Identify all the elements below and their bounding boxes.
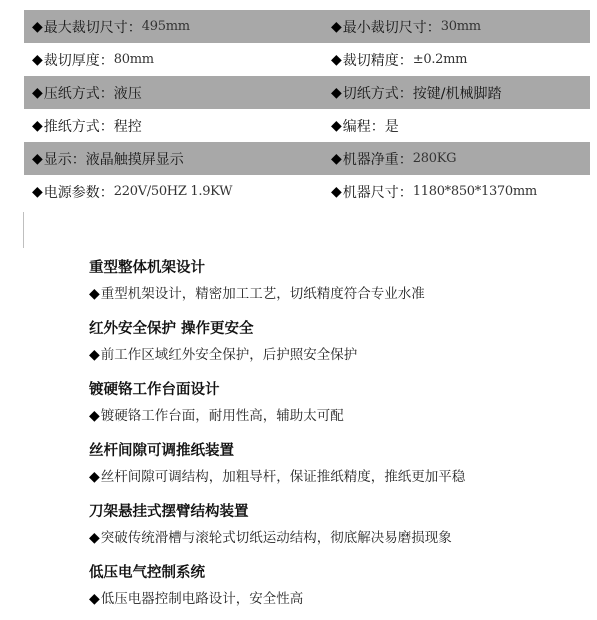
spec-value: 80mm: [114, 52, 154, 67]
spec-cell: ◆显示：液晶触摸屏显示: [24, 149, 331, 169]
diamond-bullet-icon: ◆: [331, 52, 342, 68]
diamond-bullet-icon: ◆: [89, 279, 100, 309]
spec-value: ±0.2mm: [413, 52, 467, 67]
diamond-bullet-icon: ◆: [331, 118, 342, 134]
spec-cell: ◆切纸方式：按键/机械脚踏: [331, 83, 590, 103]
diamond-bullet-icon: ◆: [32, 52, 43, 68]
spec-table: ◆最大裁切尺寸：495mm ◆最小裁切尺寸：30mm ◆裁切厚度：80mm ◆裁…: [24, 10, 590, 208]
spec-value: 液晶触摸屏显示: [86, 149, 184, 169]
feature-desc-text: 低压电器控制电路设计，安全性高: [101, 584, 304, 614]
spec-cell: ◆最小裁切尺寸：30mm: [331, 17, 590, 37]
diamond-bullet-icon: ◆: [331, 19, 342, 35]
spec-label: 裁切厚度：: [44, 50, 114, 70]
feature-title: 镀硬铬工作台面设计: [89, 379, 569, 401]
diamond-bullet-icon: ◆: [32, 184, 43, 200]
feature-item: 镀硬铬工作台面设计 ◆镀硬铬工作台面，耐用性高，辅助太可配: [89, 379, 569, 440]
diamond-bullet-icon: ◆: [331, 85, 342, 101]
spec-value: 是: [385, 116, 399, 136]
spec-row: ◆电源参数：220V/50HZ 1.9KW ◆机器尺寸：1180*850*137…: [24, 175, 590, 208]
feature-desc: ◆重型机架设计，精密加工工艺，切纸精度符合专业水准: [89, 279, 569, 318]
spec-row: ◆压纸方式：液压 ◆切纸方式：按键/机械脚踏: [24, 76, 590, 109]
spec-label: 最小裁切尺寸：: [343, 17, 441, 37]
feature-desc-text: 前工作区域红外安全保护，后护照安全保护: [101, 340, 358, 370]
diamond-bullet-icon: ◆: [32, 85, 43, 101]
spec-row: ◆裁切厚度：80mm ◆裁切精度：±0.2mm: [24, 43, 590, 76]
spec-cell: ◆裁切厚度：80mm: [24, 50, 331, 70]
feature-item: 低压电气控制系统 ◆低压电器控制电路设计，安全性高: [89, 562, 569, 620]
spec-label: 电源参数：: [44, 182, 114, 202]
feature-item: 丝杆间隙可调推纸装置 ◆丝杆间隙可调结构，加粗导杆，保证推纸精度，推纸更加平稳: [89, 440, 569, 501]
diamond-bullet-icon: ◆: [89, 584, 100, 614]
spec-value: 30mm: [441, 19, 481, 34]
diamond-bullet-icon: ◆: [32, 19, 43, 35]
feature-desc: ◆前工作区域红外安全保护，后护照安全保护: [89, 340, 569, 379]
feature-title: 红外安全保护 操作更安全: [89, 318, 569, 340]
spec-value: 液压: [114, 83, 142, 103]
feature-desc-text: 镀硬铬工作台面，耐用性高，辅助太可配: [101, 401, 344, 431]
spec-cell: ◆最大裁切尺寸：495mm: [24, 17, 331, 37]
spec-label: 编程：: [343, 116, 385, 136]
diamond-bullet-icon: ◆: [89, 523, 100, 553]
spec-label: 压纸方式：: [44, 83, 114, 103]
feature-desc: ◆突破传统滑槽与滚轮式切纸运动结构，彻底解决易磨损现象: [89, 523, 569, 562]
diamond-bullet-icon: ◆: [32, 151, 43, 167]
spec-cell: ◆推纸方式：程控: [24, 116, 331, 136]
feature-item: 重型整体机架设计 ◆重型机架设计，精密加工工艺，切纸精度符合专业水准: [89, 257, 569, 318]
spec-value: 280KG: [413, 151, 456, 166]
feature-desc-text: 丝杆间隙可调结构，加粗导杆，保证推纸精度，推纸更加平稳: [101, 462, 466, 492]
spec-cell: ◆裁切精度：±0.2mm: [331, 50, 590, 70]
diamond-bullet-icon: ◆: [89, 340, 100, 370]
feature-title: 低压电气控制系统: [89, 562, 569, 584]
spec-label: 机器净重：: [343, 149, 413, 169]
feature-list: 重型整体机架设计 ◆重型机架设计，精密加工工艺，切纸精度符合专业水准 红外安全保…: [89, 257, 569, 620]
feature-desc: ◆丝杆间隙可调结构，加粗导杆，保证推纸精度，推纸更加平稳: [89, 462, 569, 501]
spec-label: 裁切精度：: [343, 50, 413, 70]
spec-label: 机器尺寸：: [343, 182, 413, 202]
feature-title: 丝杆间隙可调推纸装置: [89, 440, 569, 462]
feature-desc-text: 重型机架设计，精密加工工艺，切纸精度符合专业水准: [101, 279, 425, 309]
diamond-bullet-icon: ◆: [331, 151, 342, 167]
spec-value: 1180*850*1370mm: [413, 184, 537, 199]
spec-value: 220V/50HZ 1.9KW: [114, 184, 232, 199]
spec-label: 推纸方式：: [44, 116, 114, 136]
feature-item: 红外安全保护 操作更安全 ◆前工作区域红外安全保护，后护照安全保护: [89, 318, 569, 379]
spec-row: ◆推纸方式：程控 ◆编程：是: [24, 109, 590, 142]
spec-cell: ◆机器尺寸：1180*850*1370mm: [331, 182, 590, 202]
spec-cell: ◆电源参数：220V/50HZ 1.9KW: [24, 182, 331, 202]
feature-item: 刀架悬挂式摆臂结构装置 ◆突破传统滑槽与滚轮式切纸运动结构，彻底解决易磨损现象: [89, 501, 569, 562]
spec-label: 切纸方式：: [343, 83, 413, 103]
diamond-bullet-icon: ◆: [331, 184, 342, 200]
feature-title: 刀架悬挂式摆臂结构装置: [89, 501, 569, 523]
spec-value: 按键/机械脚踏: [413, 83, 502, 103]
spec-row: ◆最大裁切尺寸：495mm ◆最小裁切尺寸：30mm: [24, 10, 590, 43]
spec-cell: ◆机器净重：280KG: [331, 149, 590, 169]
spec-value: 程控: [114, 116, 142, 136]
feature-desc: ◆镀硬铬工作台面，耐用性高，辅助太可配: [89, 401, 569, 440]
spec-row: ◆显示：液晶触摸屏显示 ◆机器净重：280KG: [24, 142, 590, 175]
diamond-bullet-icon: ◆: [32, 118, 43, 134]
diamond-bullet-icon: ◆: [89, 462, 100, 492]
spec-label: 显示：: [44, 149, 86, 169]
spec-cell: ◆压纸方式：液压: [24, 83, 331, 103]
divider: [23, 212, 24, 248]
spec-value: 495mm: [142, 19, 190, 34]
feature-desc-text: 突破传统滑槽与滚轮式切纸运动结构，彻底解决易磨损现象: [101, 523, 452, 553]
diamond-bullet-icon: ◆: [89, 401, 100, 431]
spec-cell: ◆编程：是: [331, 116, 590, 136]
spec-label: 最大裁切尺寸：: [44, 17, 142, 37]
feature-desc: ◆低压电器控制电路设计，安全性高: [89, 584, 569, 620]
feature-title: 重型整体机架设计: [89, 257, 569, 279]
